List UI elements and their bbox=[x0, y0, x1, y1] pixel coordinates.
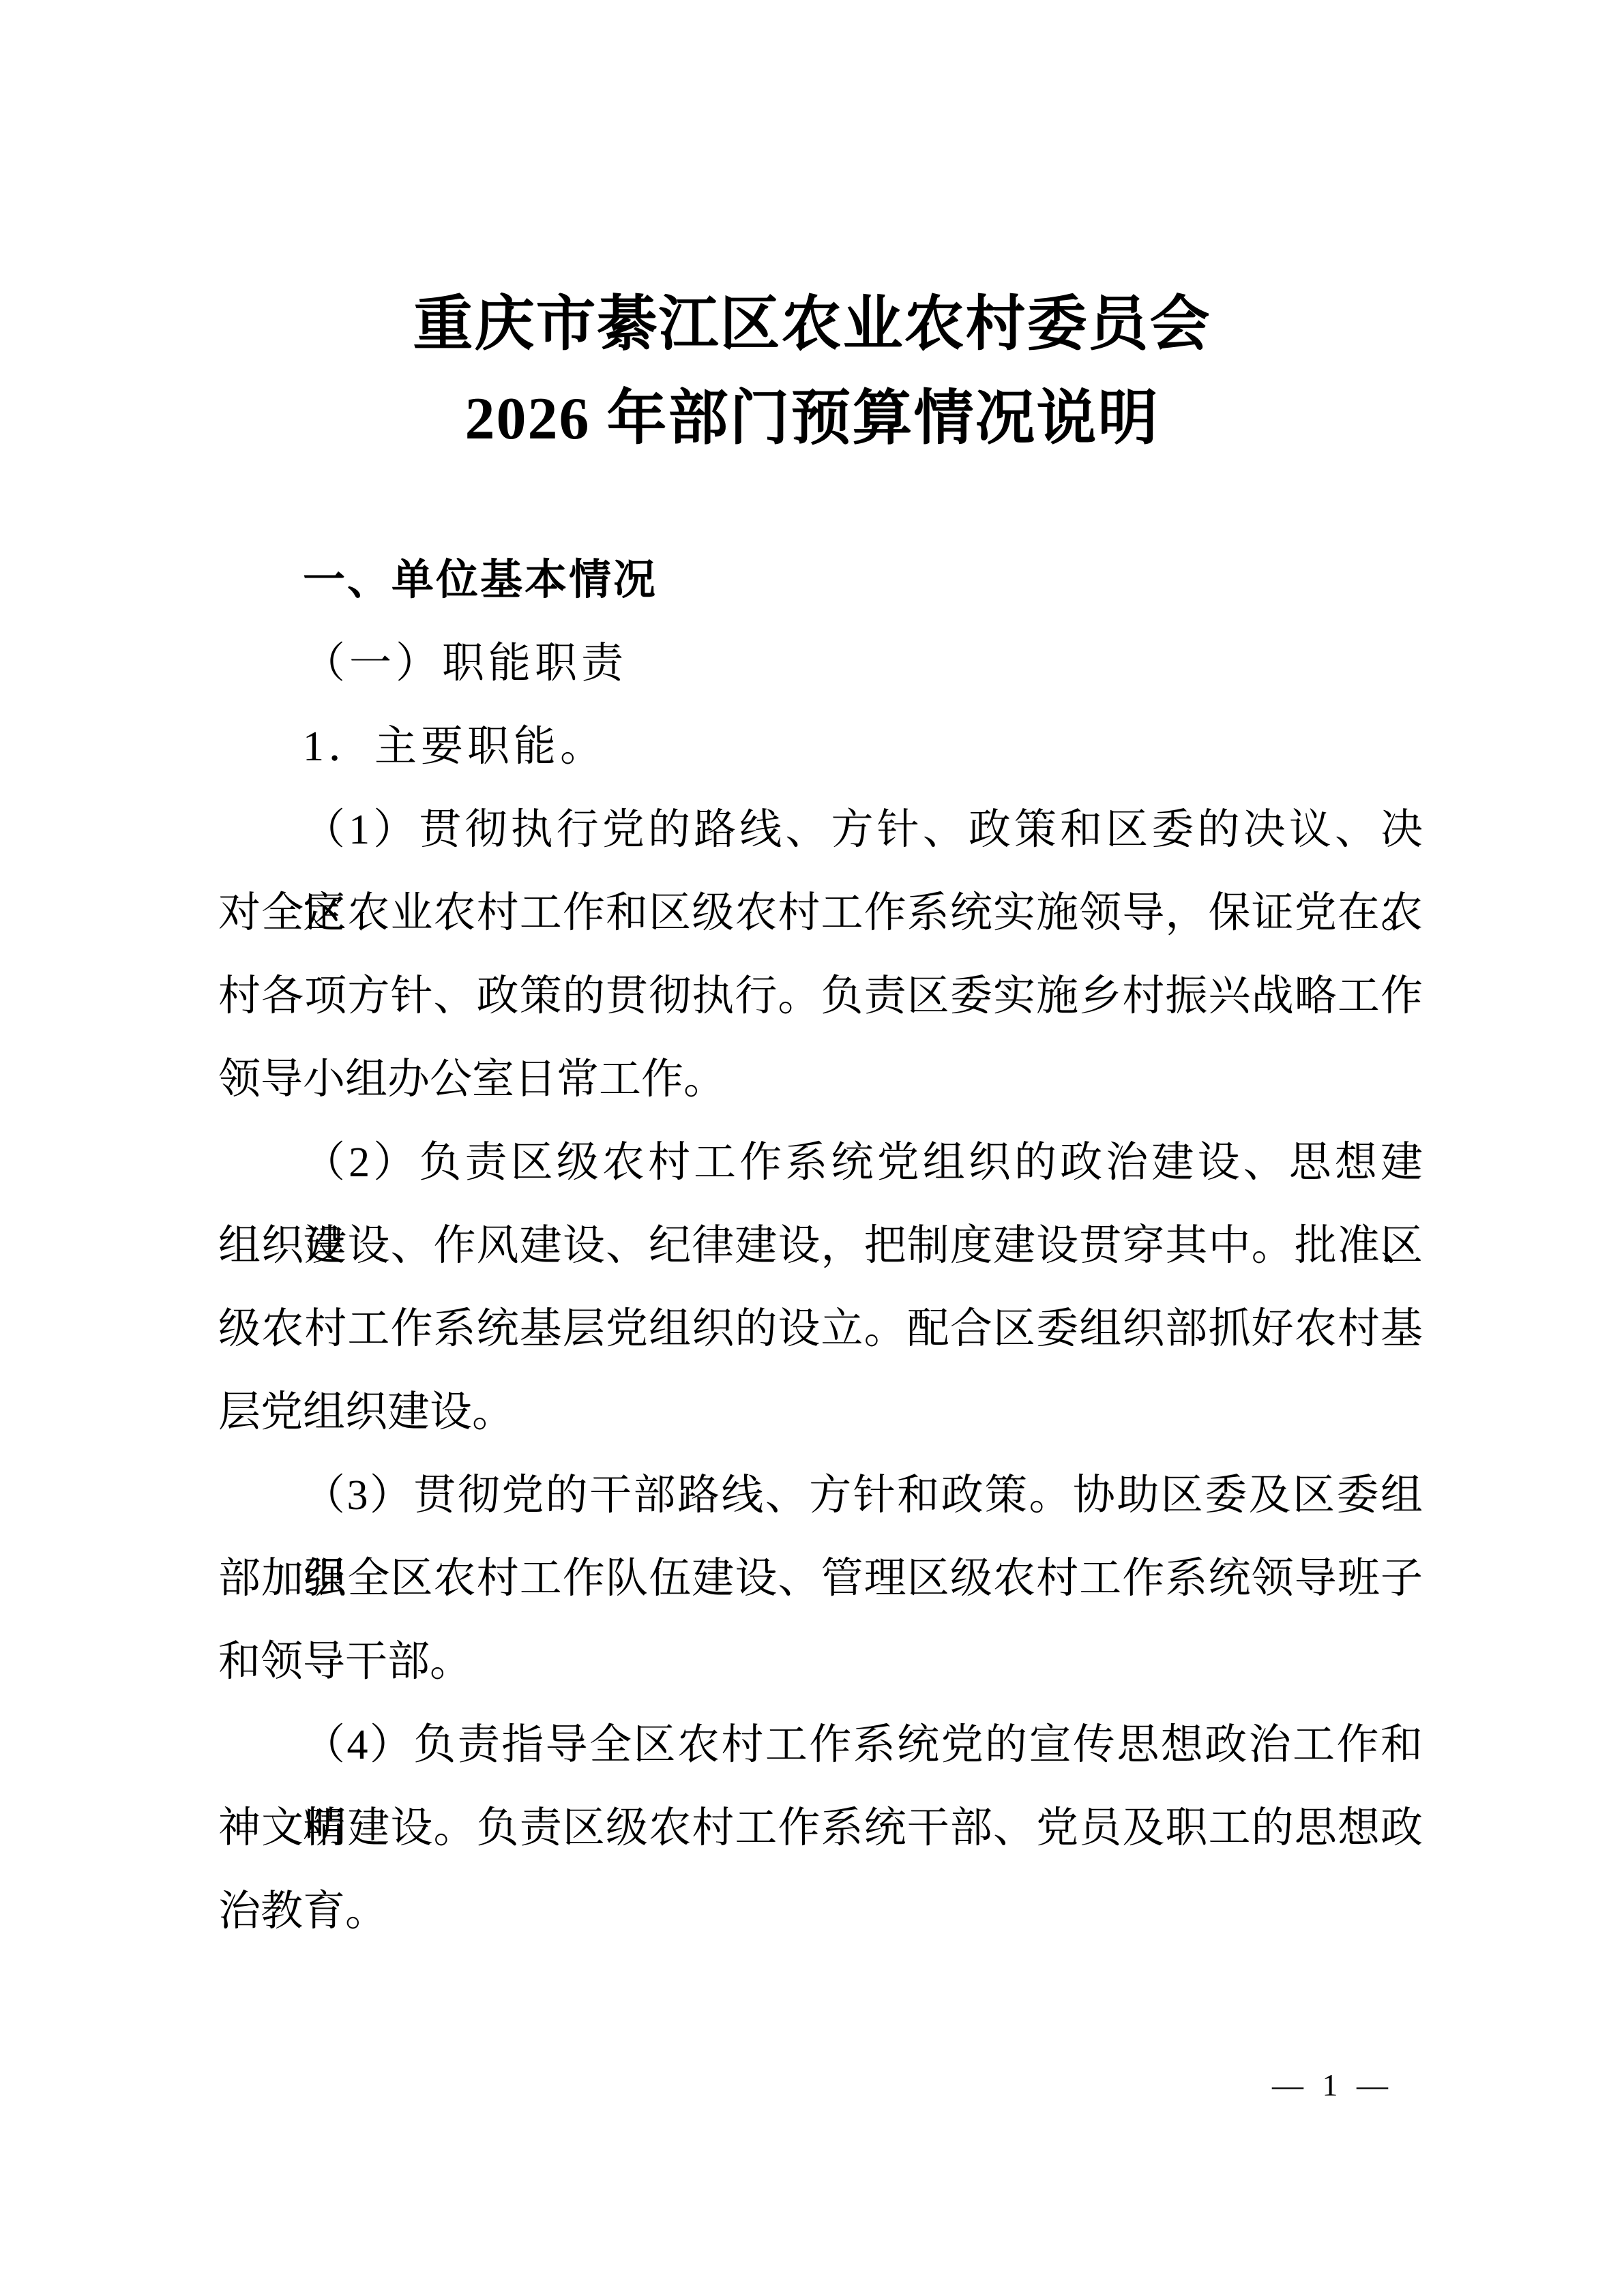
paragraph-line: 对全区农业农村工作和区级农村工作系统实施领导，保证党在农 bbox=[218, 871, 1423, 955]
paragraph-line: （4）负责指导全区农村工作系统党的宣传思想政治工作和精 bbox=[218, 1703, 1423, 1787]
page-number: — 1 — bbox=[1272, 2065, 1393, 2106]
document-title: 重庆市綦江区农业农村委员会 2026 年部门预算情况说明 bbox=[0, 278, 1624, 466]
item-heading: 1．主要职能。 bbox=[218, 705, 1423, 788]
paragraph-line: （1）贯彻执行党的路线、方针、政策和区委的决议、决定。 bbox=[218, 788, 1423, 871]
document-page: 重庆市綦江区农业农村委员会 2026 年部门预算情况说明 一、单位基本情况 （一… bbox=[0, 0, 1624, 2296]
document-title-line1: 重庆市綦江区农业农村委员会 bbox=[0, 278, 1624, 372]
subsection-heading: （一）职能职责 bbox=[218, 622, 1423, 705]
paragraph-line: （3）贯彻党的干部路线、方针和政策。协助区委及区委组织 bbox=[218, 1454, 1423, 1537]
paragraph-line: 层党组织建设。 bbox=[218, 1371, 1423, 1454]
paragraph-line: 神文明建设。负责区级农村工作系统干部、党员及职工的思想政 bbox=[218, 1787, 1423, 1870]
document-body: 一、单位基本情况 （一）职能职责 1．主要职能。 （1）贯彻执行党的路线、方针、… bbox=[218, 539, 1423, 1953]
paragraph-line: 治教育。 bbox=[218, 1870, 1423, 1953]
paragraph-line: 村各项方针、政策的贯彻执行。负责区委实施乡村振兴战略工作 bbox=[218, 955, 1423, 1038]
paragraph-line: （2）负责区级农村工作系统党组织的政治建设、思想建设、 bbox=[218, 1121, 1423, 1204]
paragraph-line: 领导小组办公室日常工作。 bbox=[218, 1038, 1423, 1121]
paragraph-line: 和领导干部。 bbox=[218, 1620, 1423, 1703]
section-heading: 一、单位基本情况 bbox=[218, 539, 1423, 622]
paragraph-line: 组织建设、作风建设、纪律建设，把制度建设贯穿其中。批准区 bbox=[218, 1204, 1423, 1287]
document-title-line2: 2026 年部门预算情况说明 bbox=[0, 372, 1624, 466]
paragraph-line: 级农村工作系统基层党组织的设立。配合区委组织部抓好农村基 bbox=[218, 1287, 1423, 1371]
paragraph-line: 部加强全区农村工作队伍建设、管理区级农村工作系统领导班子 bbox=[218, 1537, 1423, 1620]
